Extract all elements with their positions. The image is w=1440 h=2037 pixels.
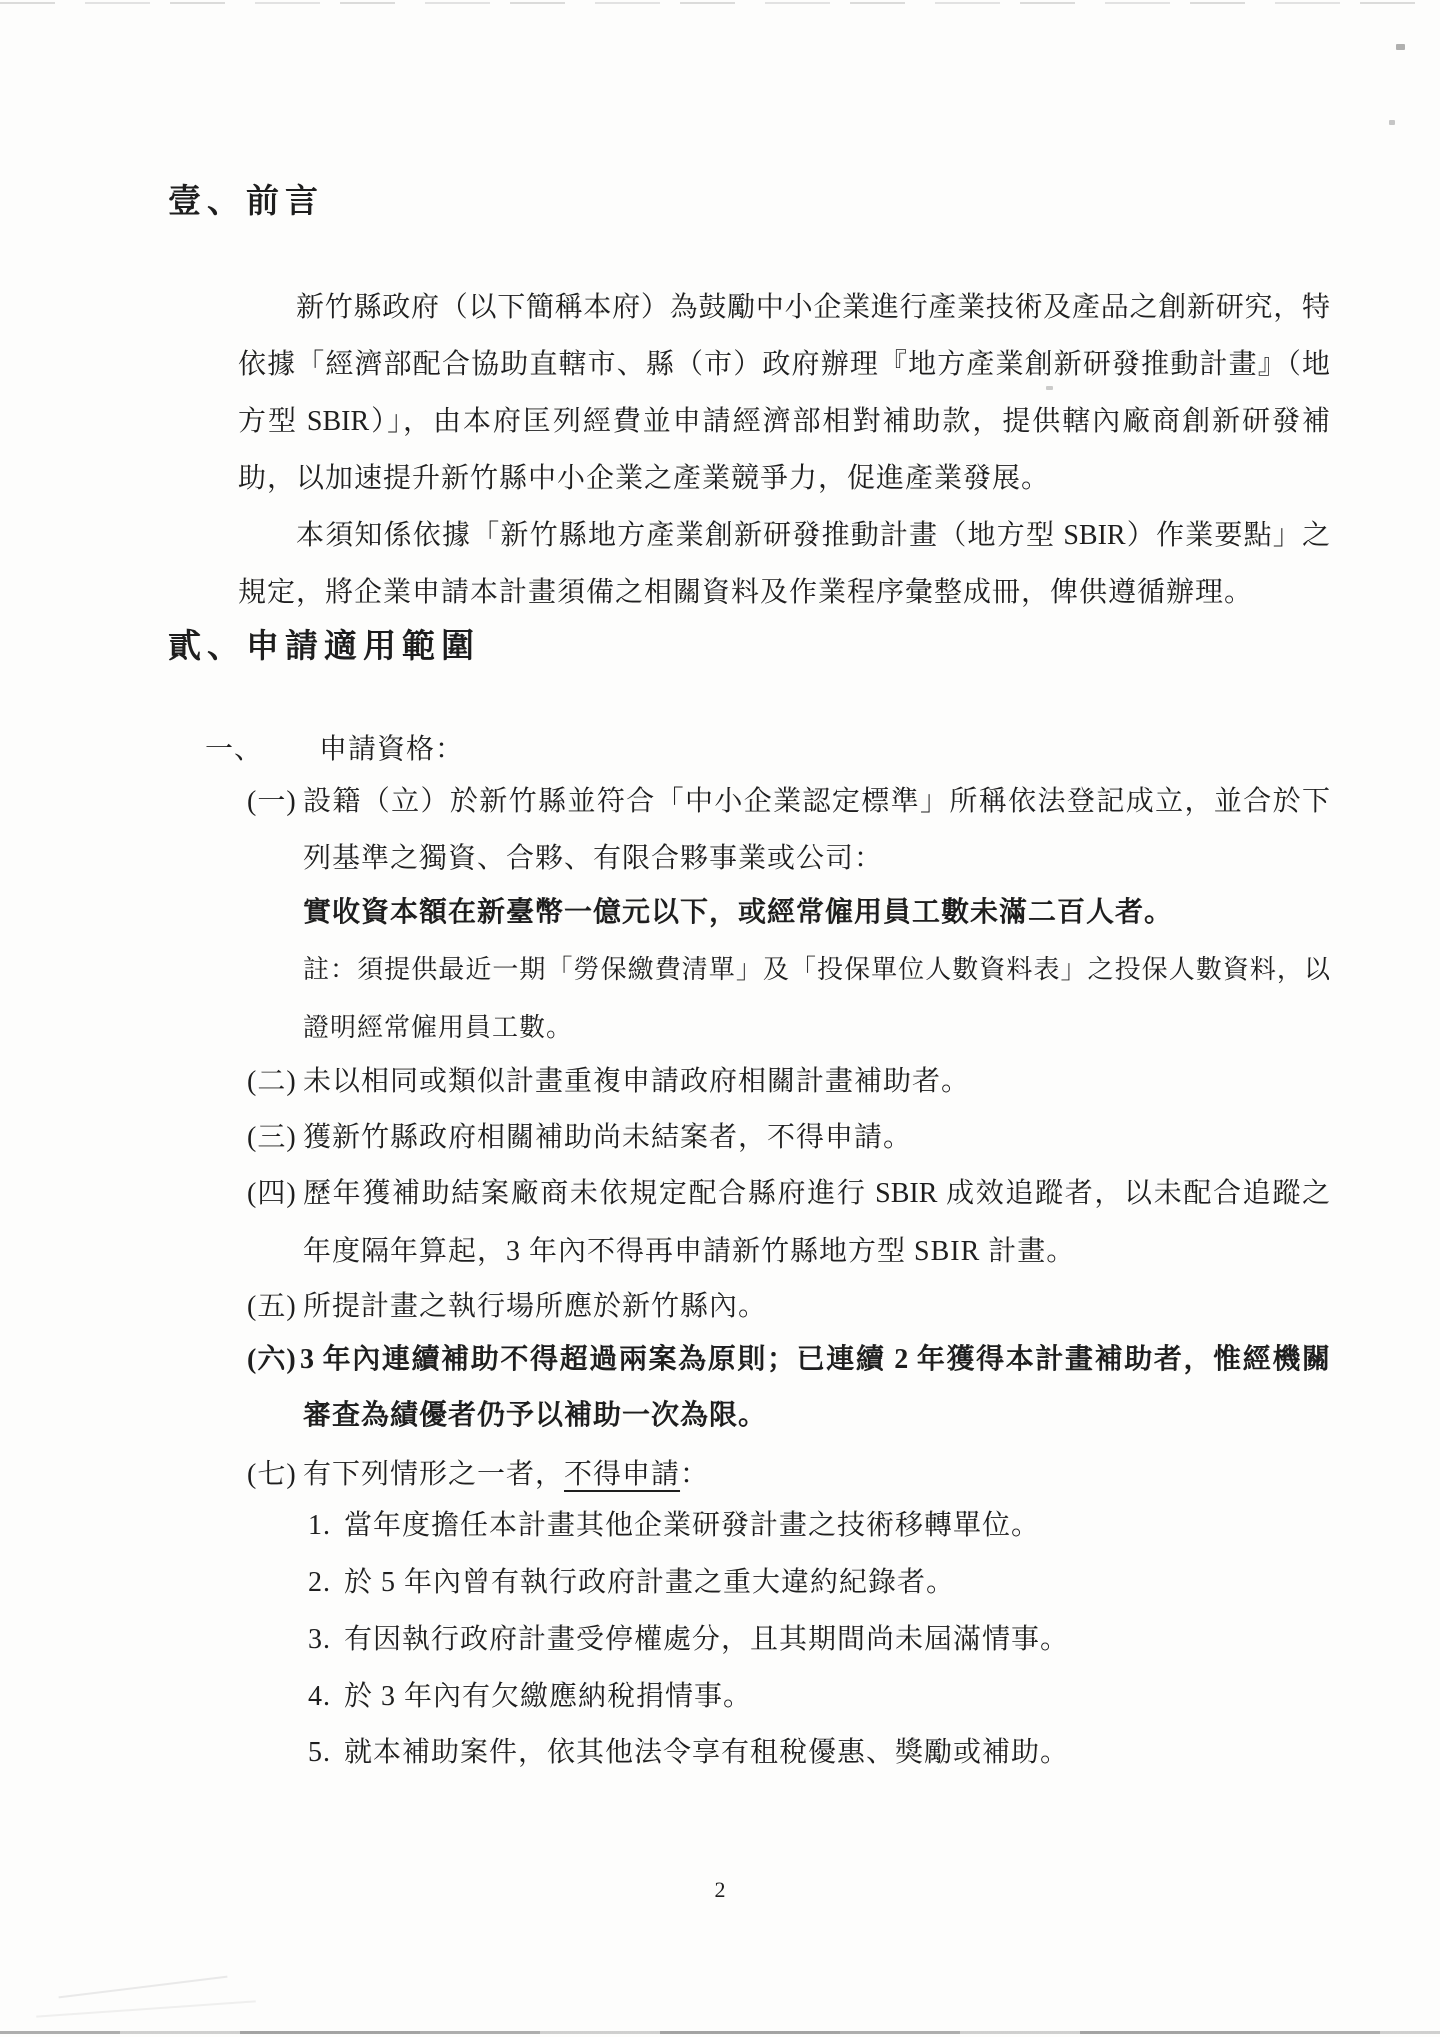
capital-requirement-bold: 實收資本額在新臺幣一億元以下，或經常僱用員工數未滿二百人者。 (303, 893, 1173, 933)
numbered-item-3-marker: 3. (308, 1620, 331, 1660)
item-4-line2: 年度隔年算起，3 年內不得再申請新竹縣地方型 SBIR 計畫。 (303, 1232, 1075, 1272)
numbered-item-4-marker: 4. (308, 1677, 331, 1717)
numbered-item-4-text: 於 3 年內有欠繳應納稅捐情事。 (344, 1677, 752, 1717)
numbered-item-5-text: 就本補助案件，依其他法令享有租稅優惠、獎勵或補助。 (344, 1733, 1069, 1773)
numbered-item-3-text: 有因執行政府計畫受停權處分，且其期間尚未屆滿情事。 (344, 1620, 1069, 1660)
item-1-line2: 列基準之獨資、合夥、有限合夥事業或公司： (303, 839, 883, 879)
item-3-marker: (三) (247, 1118, 297, 1158)
preface-p2-line2: 規定，將企業申請本計畫須備之相關資料及作業程序彙整成冊，俾供遵循辦理。 (238, 573, 1253, 613)
item-6-marker: (六) (247, 1340, 297, 1380)
scanned-document-page: 壹、前言 新竹縣政府（以下簡稱本府）為鼓勵中小企業進行產業技術及產品之創新研究，… (0, 0, 1440, 2037)
preface-p1-line3: 方型 SBIR）」，由本府匡列經費並申請經濟部相對補助款，提供轄內廠商創新研發補 (238, 402, 1330, 442)
preface-p1-line4: 助，以加速提升新竹縣中小企業之產業競爭力，促進產業發展。 (238, 459, 1050, 499)
preface-p1-line1: 新竹縣政府（以下簡稱本府）為鼓勵中小企業進行產業技術及產品之創新研究，特 (296, 288, 1330, 328)
item-7-marker: (七) (247, 1455, 297, 1495)
page-number: 2 (700, 1870, 740, 1910)
item-4-marker: (四) (247, 1174, 297, 1214)
scan-speck (1396, 44, 1405, 50)
scan-speck (1046, 386, 1053, 390)
item-7-text-post: ： (680, 1459, 709, 1490)
numbered-item-2-marker: 2. (308, 1563, 331, 1603)
numbered-item-1-marker: 1. (308, 1506, 331, 1546)
scan-edge-bottom (0, 2031, 1440, 2034)
item-7-text: 有下列情形之一者，不得申請： (303, 1455, 709, 1495)
item-1-line1: 設籍（立）於新竹縣並符合「中小企業認定標準」所稱依法登記成立，並合於下 (303, 782, 1330, 822)
item-6-line1: 3 年內連續補助不得超過兩案為原則；已連續 2 年獲得本計畫補助者，惟經機關 (300, 1340, 1330, 1380)
qualification-subheading-title: 申請資格： (319, 730, 464, 770)
scope-heading: 貳、申請適用範圍 (168, 627, 480, 667)
item-5-text: 所提計畫之執行場所應於新竹縣內。 (303, 1287, 767, 1327)
item-2-marker: (二) (247, 1062, 297, 1102)
numbered-item-5-marker: 5. (308, 1733, 331, 1773)
numbered-item-2-text: 於 5 年內曾有執行政府計畫之重大違約紀錄者。 (344, 1563, 955, 1603)
item-1-note-line1: 註：須提供最近一期「勞保繳費清單」及「投保單位人數資料表」之投保人數資料，以 (303, 950, 1330, 990)
item-5-marker: (五) (247, 1287, 297, 1327)
item-4-line1: 歷年獲補助結案廠商未依規定配合縣府進行 SBIR 成效追蹤者，以未配合追蹤之 (303, 1174, 1330, 1214)
preface-p1-line2: 依據「經濟部配合協助直轄市、縣（市）政府辦理『地方產業創新研發推動計畫』（地 (238, 345, 1330, 385)
item-1-note-line2: 證明經常僱用員工數。 (303, 1008, 573, 1048)
item-7-text-pre: 有下列情形之一者， (303, 1459, 564, 1490)
scan-speck (1389, 120, 1395, 125)
item-2-text: 未以相同或類似計畫重複申請政府相關計畫補助者。 (303, 1062, 970, 1102)
qualification-subheading-marker: 一、 (205, 730, 263, 770)
preface-heading: 壹、前言 (168, 182, 324, 222)
preface-p2-line1: 本須知係依據「新竹縣地方產業創新研發推動計畫（地方型 SBIR）作業要點」之 (296, 516, 1330, 556)
numbered-item-1-text: 當年度擔任本計畫其他企業研發計畫之技術移轉單位。 (344, 1506, 1040, 1546)
scan-streak (59, 1976, 228, 1999)
item-3-text: 獲新竹縣政府相關補助尚未結案者，不得申請。 (303, 1118, 912, 1158)
item-7-forbidden-underline: 不得申請 (564, 1459, 680, 1490)
scan-streak (36, 2000, 256, 2017)
item-6-line2: 審查為績優者仍予以補助一次為限。 (303, 1396, 767, 1436)
scan-edge-top (0, 2, 1440, 4)
item-1-marker: (一) (247, 782, 297, 822)
